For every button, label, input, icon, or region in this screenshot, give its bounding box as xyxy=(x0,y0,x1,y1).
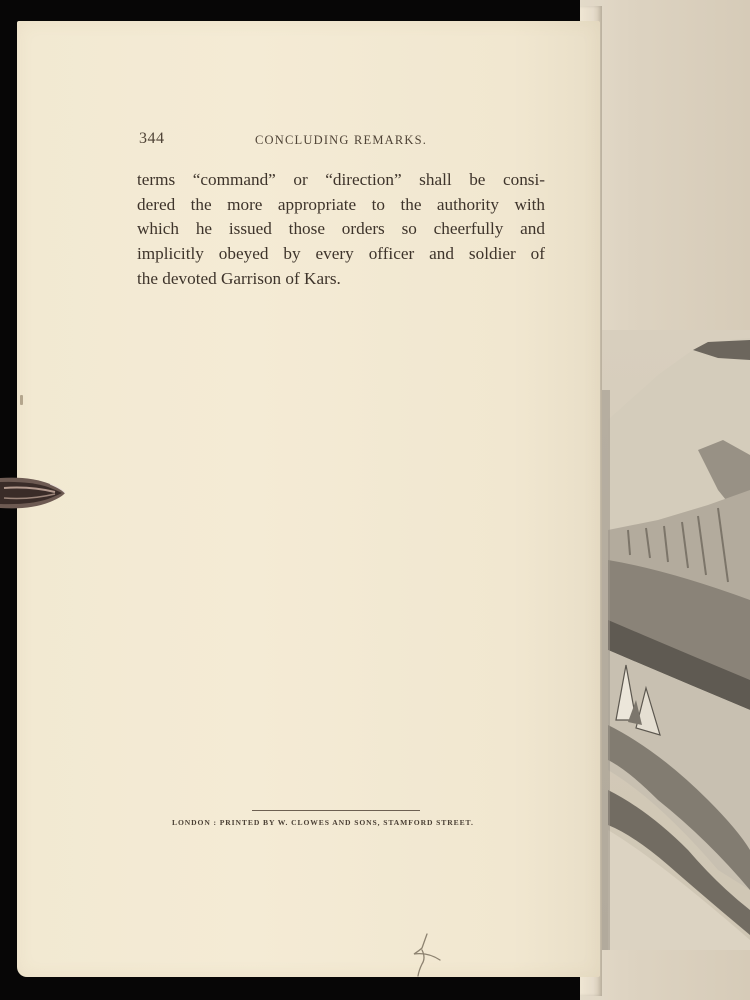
body-text: terms “command” or “direction” shall be … xyxy=(137,168,545,292)
body-line: the devoted Garrison of Kars. xyxy=(137,267,545,292)
body-line: terms “command” or “direction” shall be … xyxy=(137,168,545,193)
running-head: 344 CONCLUDING REMARKS. xyxy=(139,130,545,152)
pen-nib-bookmark-icon xyxy=(0,472,66,514)
body-line: dered the more appropriate to the author… xyxy=(137,193,545,218)
pencil-mark-icon xyxy=(410,930,460,980)
body-line: which he issued those orders so cheerful… xyxy=(137,217,545,242)
book-page xyxy=(17,21,600,977)
engraving-plate xyxy=(598,330,750,950)
printer-imprint: LONDON : PRINTED BY W. CLOWES AND SONS, … xyxy=(172,818,497,827)
imprint-rule xyxy=(252,810,420,811)
page-number: 344 xyxy=(139,130,165,148)
margin-speck xyxy=(20,395,23,405)
running-head-title: CONCLUDING REMARKS. xyxy=(255,133,427,148)
landscape-engraving-icon xyxy=(598,330,750,950)
body-line: implicitly obeyed by every officer and s… xyxy=(137,242,545,267)
